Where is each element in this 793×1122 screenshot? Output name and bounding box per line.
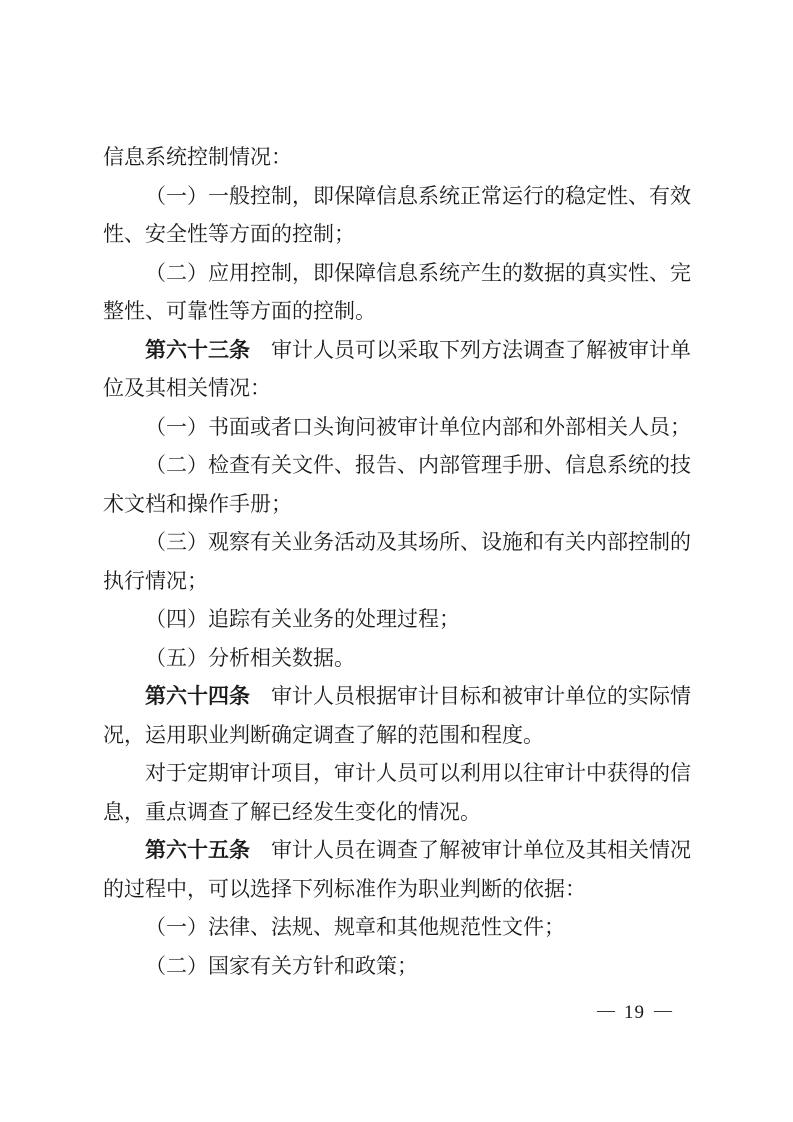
paragraph-continuation: 信息系统控制情况： bbox=[103, 138, 691, 177]
paragraph-article-65: 第六十五条审计人员在调查了解被审计单位及其相关情况的过程中，可以选择下列标准作为… bbox=[103, 831, 691, 908]
article-number: 第六十五条 bbox=[145, 838, 250, 862]
paragraph-article-63: 第六十三条审计人员可以采取下列方法调查了解被审计单位及其相关情况： bbox=[103, 331, 691, 408]
paragraph: （一）法律、法规、规章和其他规范性文件； bbox=[103, 908, 691, 947]
paragraph: （二）应用控制，即保障信息系统产生的数据的真实性、完整性、可靠性等方面的控制。 bbox=[103, 254, 691, 331]
page-number: 19 bbox=[624, 1002, 645, 1023]
paragraph: 对于定期审计项目，审计人员可以利用以往审计中获得的信息，重点调查了解已经发生变化… bbox=[103, 754, 691, 831]
paragraph: （一）书面或者口头询问被审计单位内部和外部相关人员； bbox=[103, 408, 691, 447]
paragraph: （五）分析相关数据。 bbox=[103, 639, 691, 678]
footer-dash-right: — bbox=[654, 1000, 672, 1020]
page-footer: —19— bbox=[597, 1000, 672, 1025]
article-number: 第六十三条 bbox=[145, 338, 250, 362]
document-page: 信息系统控制情况： （一）一般控制，即保障信息系统正常运行的稳定性、有效性、安全… bbox=[0, 0, 793, 1122]
paragraph: （一）一般控制，即保障信息系统正常运行的稳定性、有效性、安全性等方面的控制； bbox=[103, 177, 691, 254]
article-number: 第六十四条 bbox=[145, 684, 250, 708]
paragraph-article-64: 第六十四条审计人员根据审计目标和被审计单位的实际情况，运用职业判断确定调查了解的… bbox=[103, 677, 691, 754]
footer-dash-left: — bbox=[597, 1000, 615, 1020]
paragraph: （二）检查有关文件、报告、内部管理手册、信息系统的技术文档和操作手册； bbox=[103, 446, 691, 523]
paragraph: （二）国家有关方针和政策； bbox=[103, 947, 691, 986]
paragraph: （四）追踪有关业务的处理过程； bbox=[103, 600, 691, 639]
paragraph: （三）观察有关业务活动及其场所、设施和有关内部控制的执行情况； bbox=[103, 523, 691, 600]
document-body: 信息系统控制情况： （一）一般控制，即保障信息系统正常运行的稳定性、有效性、安全… bbox=[103, 138, 691, 985]
